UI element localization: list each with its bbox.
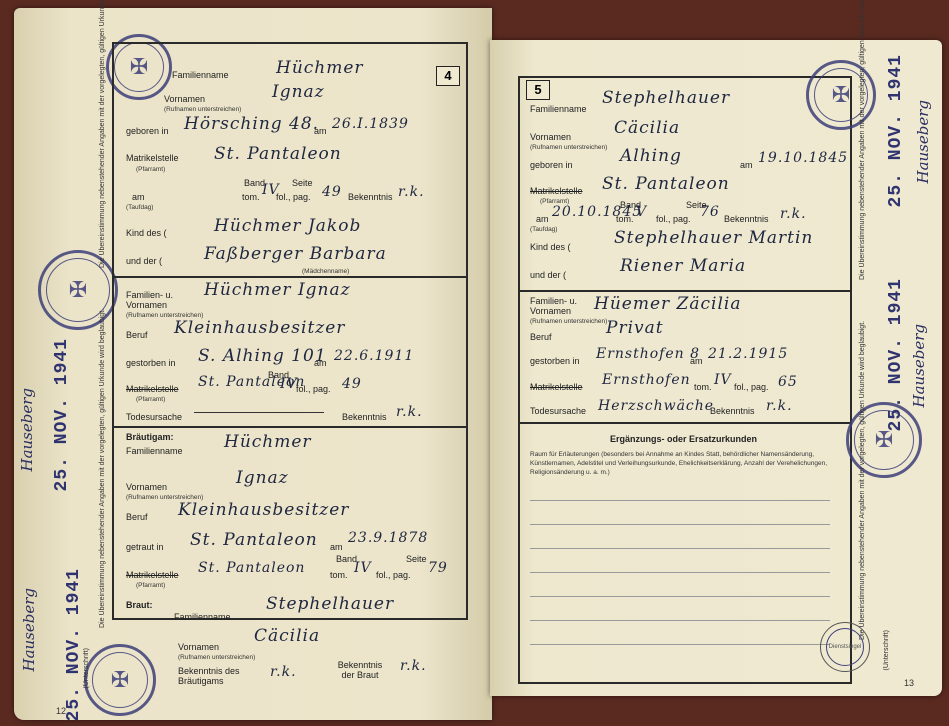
label-braeutigam: Bräutigam: — [126, 432, 174, 442]
label-familien-vornamen: Familien- u. Vornamen — [530, 296, 590, 316]
field-band: IV — [354, 560, 372, 576]
field-vornamen: Ignaz — [272, 82, 325, 102]
ruled-line — [530, 596, 830, 597]
label-fol-pag: fol., pag. — [296, 384, 331, 394]
label-seite: Seite — [292, 178, 313, 188]
label-taufe-am: am — [536, 214, 549, 224]
eagle-stamp-icon: ✠ — [846, 402, 922, 478]
field-bekenntnis: r.k. — [398, 184, 425, 200]
label-matrikelstelle: Matrikelstelle — [126, 570, 179, 580]
label-fol-pag: fol., pag. — [734, 382, 769, 392]
field-familienname: Hüchmer — [276, 58, 364, 78]
label-familienname: Familienname — [530, 104, 587, 114]
label-und-der: und der ( — [126, 256, 162, 266]
field-braut-familienname: Stephelhauer — [266, 594, 394, 614]
label-fol-pag: fol., pag. — [276, 192, 311, 202]
field-gestorben-am: 21.2.1915 — [708, 346, 788, 362]
section-number: 5 — [526, 80, 550, 100]
rufname-note: (Rufnamen unterstreichen) — [530, 144, 607, 151]
field-vornamen: Cäcilia — [614, 118, 680, 138]
unterschrift-label: (Unterschrift) — [82, 648, 91, 688]
signature: Hauseberg — [914, 100, 932, 184]
label-tom: tom. — [242, 192, 260, 202]
field-beruf: Privat — [606, 318, 664, 338]
divider — [114, 426, 466, 428]
label-tom: tom. — [694, 382, 712, 392]
label-am: am — [740, 160, 753, 170]
taufe-note: (Taufdag) — [530, 226, 557, 233]
stamp-date-1: 25. NOV. 1941 — [52, 338, 72, 491]
field-gestorben-am: 22.6.1911 — [334, 348, 414, 364]
field-getraut-am: 23.9.1878 — [348, 530, 428, 546]
label-getraut-in: getraut in — [126, 542, 164, 552]
signature: Hauseberg — [20, 588, 38, 672]
label-bekenntnis: Bekenntnis — [710, 406, 755, 416]
label-bekenntnis: Bekenntnis — [342, 412, 387, 422]
certification-text-upper: Die Übereinstimmung nebenstehender Angab… — [858, 140, 867, 280]
label-geboren-in: geboren in — [126, 126, 169, 136]
label-kind-des: Kind des ( — [530, 242, 571, 252]
ruled-line — [530, 572, 830, 573]
right-page: 5 Familienname Stephelhauer Vornamen Cäc… — [490, 40, 942, 696]
field-geboren-in: Alhing — [620, 146, 682, 166]
field-seite: 65 — [778, 374, 798, 390]
field-vater: Hüchmer Jakob — [214, 216, 361, 236]
ruled-line — [530, 524, 830, 525]
label-beruf: Beruf — [126, 330, 148, 340]
field-seite: 49 — [342, 376, 362, 392]
certification-text-lower: Die Übereinstimmung nebenstehender Angab… — [858, 480, 867, 640]
label-fol-pag: fol., pag. — [656, 214, 691, 224]
field-beruf: Kleinhausbesitzer — [178, 500, 349, 520]
field-band: IV — [714, 372, 732, 388]
label-bekenntnis: Bekenntnis — [724, 214, 769, 224]
label-familien-vornamen: Familien- u. Vornamen — [126, 290, 186, 310]
label-matrikelstelle: Matrikelstelle — [126, 153, 179, 163]
supplement-title: Ergänzungs- oder Ersatzurkunden — [610, 434, 757, 444]
label-matrikelstelle: Matrikelstelle — [530, 382, 583, 392]
stamp-date-2: 25. NOV. 1941 — [886, 278, 906, 431]
field-beruf: Kleinhausbesitzer — [174, 318, 345, 338]
field-band: IV — [280, 376, 298, 392]
label-gestorben-in: gestorben in — [530, 356, 580, 366]
field-band: V — [636, 204, 647, 220]
label-familienname: Familienname — [172, 70, 229, 80]
field-bekenntnis-braut: r.k. — [400, 658, 427, 674]
label-beruf: Beruf — [126, 512, 148, 522]
field-bekenntnis: r.k. — [766, 398, 793, 414]
page-number: 13 — [904, 678, 914, 688]
divider — [520, 290, 850, 292]
label-braut-vornamen: Vornamen — [178, 642, 219, 652]
label-matrikelstelle: Matrikelstelle — [126, 384, 179, 394]
label-todesursache: Todesursache — [530, 406, 586, 416]
label-vornamen: Vornamen — [530, 132, 571, 142]
divider — [114, 276, 466, 278]
label-matrikelstelle: Matrikelstelle — [530, 186, 583, 196]
field-name: Hüemer Zäcilia — [594, 294, 741, 314]
rufname-note: (Rufnamen unterstreichen) — [164, 106, 241, 113]
ruled-line — [530, 644, 830, 645]
unterschrift-label: (Unterschrift) — [882, 630, 891, 670]
label-bekenntnis-braut: Bekenntnis der Braut — [330, 660, 390, 680]
label-am: am — [314, 126, 327, 136]
label-am: am — [330, 542, 343, 552]
rufname-note: (Rufnamen unterstreichen) — [178, 654, 255, 661]
field-seite: 76 — [700, 204, 720, 220]
field-mutter: Riener Maria — [620, 256, 746, 276]
certification-text-lower: Die Übereinstimmung nebenstehender Angab… — [98, 478, 107, 628]
label-tom: tom. — [616, 214, 634, 224]
field-geboren-am: 19.10.1845 — [758, 150, 848, 166]
field-matrikelstelle: St. Pantaleon — [214, 144, 342, 164]
label-bekenntnis: Bekenntnis — [348, 192, 393, 202]
taufe-note: (Taufdag) — [126, 204, 153, 211]
stamp-date-1: 25. NOV. 1941 — [886, 54, 906, 207]
field-matrikelstelle: St. Pantaleon — [198, 560, 305, 576]
label-todesursache: Todesursache — [126, 412, 182, 422]
field-bekenntnis: r.k. — [396, 404, 423, 420]
dienstsiegel-circle: Dienstsiegel — [820, 622, 870, 672]
label-tom: tom. — [330, 570, 348, 580]
todesursache-line — [194, 412, 324, 413]
field-getraut-in: St. Pantaleon — [190, 530, 318, 550]
label-braut: Braut: — [126, 600, 153, 610]
label-braut-familienname: Familienname — [174, 612, 231, 622]
label-familienname: Familienname — [126, 446, 183, 456]
stamp-date-2: 25. NOV. 1941 — [64, 568, 84, 721]
field-geboren-in: Hörsching 48. — [184, 114, 319, 134]
label-bekenntnis-braeutigam: Bekenntnis des Bräutigams — [178, 666, 258, 686]
label-und-der: und der ( — [530, 270, 566, 280]
certification-text-upper: Die Übereinstimmung nebenstehender Angab… — [98, 108, 107, 268]
signature: Hauseberg — [910, 324, 928, 408]
field-mutter: Faßberger Barbara — [204, 244, 387, 264]
dienstsiegel-label: Dienstsiegel — [829, 644, 862, 650]
eagle-stamp-icon: ✠ — [84, 644, 156, 716]
signature: Hauseberg — [18, 388, 36, 472]
label-fol-pag: fol., pag. — [376, 570, 411, 580]
ruled-line — [530, 500, 830, 501]
label-kind-des: Kind des ( — [126, 228, 167, 238]
label-beruf: Beruf — [530, 332, 552, 342]
field-geboren-am: 26.I.1839 — [332, 116, 409, 132]
field-matrikelstelle: Ernsthofen — [602, 372, 691, 388]
label-seite: Seite — [406, 554, 427, 564]
section-number: 4 — [436, 66, 460, 86]
label-vornamen: Vornamen — [126, 482, 167, 492]
label-taufe-am: am — [132, 192, 145, 202]
ruled-line — [530, 548, 830, 549]
field-seite: 79 — [428, 560, 448, 576]
field-bekenntnis-braeutigam: r.k. — [270, 664, 297, 680]
label-am: am — [314, 358, 327, 368]
left-page: ✠ ✠ ✠ Die Übereinstimmung nebenstehender… — [14, 8, 492, 720]
field-braut-vornamen: Cäcilia — [254, 626, 320, 646]
divider — [520, 422, 850, 424]
field-bekenntnis: r.k. — [780, 206, 807, 222]
field-braeutigam-vornamen: Ignaz — [236, 468, 289, 488]
field-familienname: Stephelhauer — [602, 88, 730, 108]
field-gestorben-in: Ernsthofen 8 — [596, 346, 700, 362]
pfarramt-note: (Pfarramt) — [136, 396, 165, 403]
pfarramt-note: (Pfarramt) — [136, 582, 165, 589]
label-am: am — [690, 356, 703, 366]
rufname-note: (Rufnamen unterstreichen) — [530, 318, 607, 325]
field-vater: Stephelhauer Martin — [614, 228, 813, 248]
field-todesursache: Herzschwäche — [598, 398, 714, 414]
field-seite: 49 — [322, 184, 342, 200]
field-name: Hüchmer Ignaz — [204, 280, 351, 300]
label-vornamen: Vornamen — [164, 94, 205, 104]
label-gestorben-in: gestorben in — [126, 358, 176, 368]
ruled-line — [530, 620, 830, 621]
field-gestorben-in: S. Alhing 101 — [198, 346, 327, 366]
page-number: 12 — [56, 706, 66, 716]
label-geboren-in: geboren in — [530, 160, 573, 170]
maedchenname-note: (Mädchenname) — [302, 268, 349, 275]
field-braeutigam-familienname: Hüchmer — [224, 432, 312, 452]
field-matrikelstelle: St. Pantaleon — [602, 174, 730, 194]
pfarramt-note: (Pfarramt) — [136, 166, 165, 173]
supplement-description: Raum für Erläuterungen (besonders bei An… — [530, 450, 830, 477]
